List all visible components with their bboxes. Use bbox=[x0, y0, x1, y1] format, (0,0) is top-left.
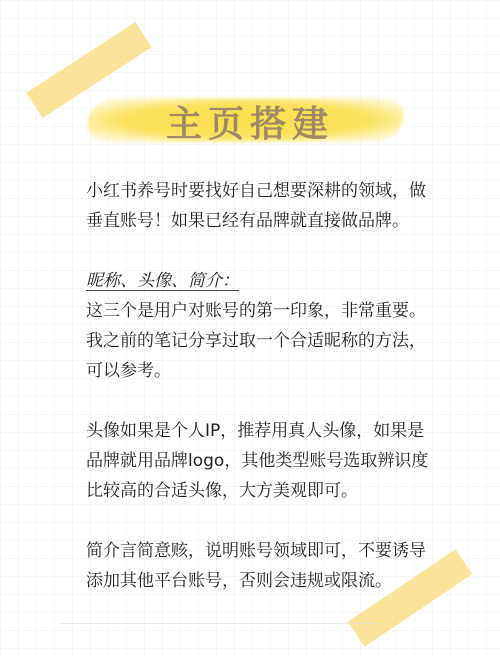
p2-line-3: 比较高的合适头像，大方美观即可。 bbox=[86, 476, 446, 506]
spacer bbox=[86, 386, 446, 416]
p2-line-1: 头像如果是个人IP，推荐用真人头像，如果是 bbox=[86, 416, 446, 446]
p3-line-1: 简介言简意赅，说明账号领域即可，不要诱导 bbox=[86, 536, 446, 566]
intro-line-2: 垂直账号！如果已经有品牌就直接做品牌。 bbox=[86, 206, 446, 236]
article-body: 小红书养号时要找好自己想要深耕的领域，做 垂直账号！如果已经有品牌就直接做品牌。… bbox=[86, 176, 446, 596]
p1-line-1: 这三个是用户对账号的第一印象，非常重要。 bbox=[86, 296, 446, 326]
divider bbox=[60, 623, 380, 624]
p1-line-3: 可以参考。 bbox=[86, 356, 446, 386]
p3-line-2: 添加其他平台账号，否则会违规或限流。 bbox=[86, 566, 446, 596]
p1-line-2: 我之前的笔记分享过取一个合适昵称的方法， bbox=[86, 326, 446, 356]
page-title: 主页搭建 bbox=[0, 96, 500, 147]
section-heading: 昵称、头像、简介： bbox=[86, 266, 446, 296]
spacer bbox=[86, 506, 446, 536]
spacer bbox=[86, 236, 446, 266]
intro-line-1: 小红书养号时要找好自己想要深耕的领域，做 bbox=[86, 176, 446, 206]
p2-line-2: 品牌就用品牌logo，其他类型账号选取辨识度 bbox=[86, 446, 446, 476]
